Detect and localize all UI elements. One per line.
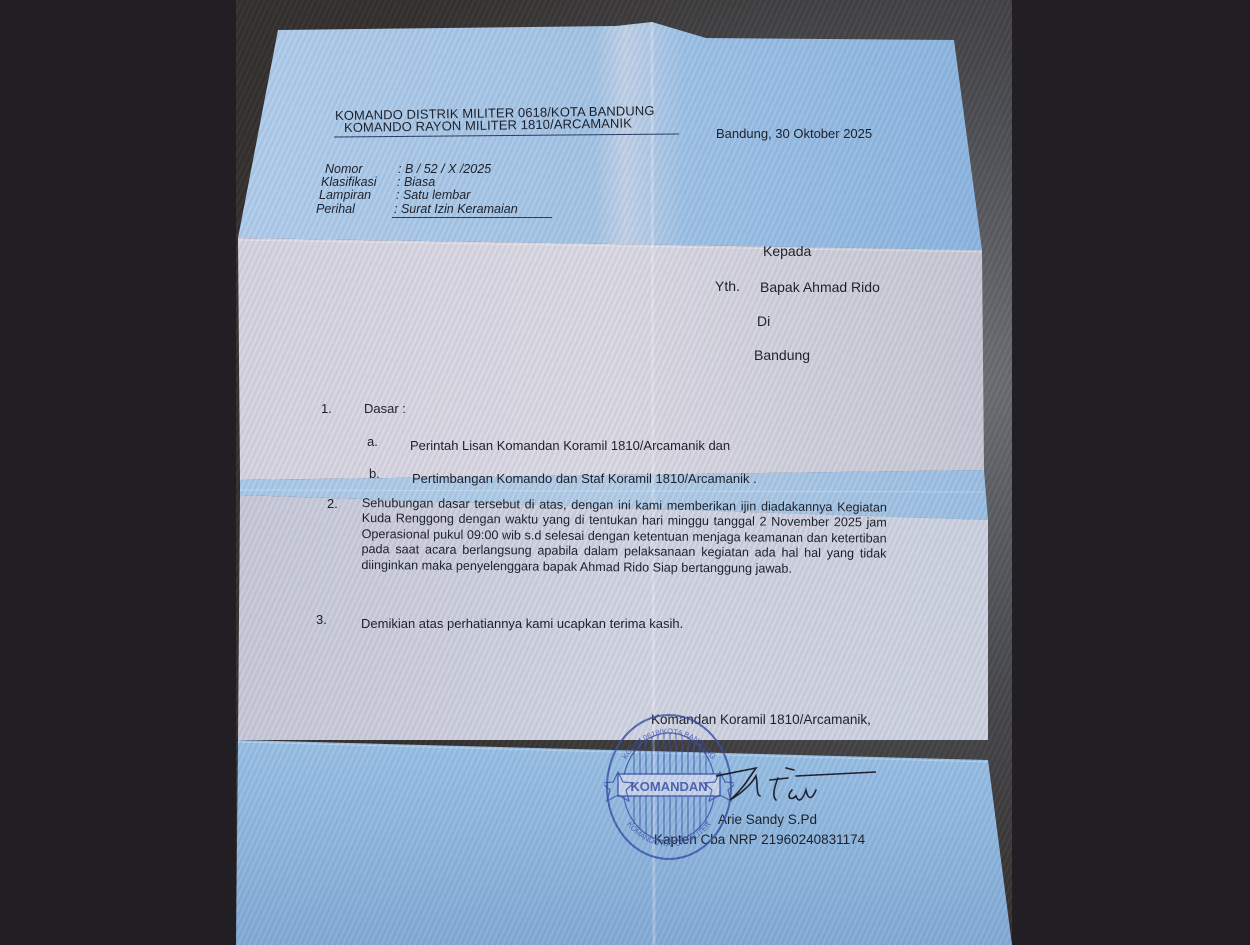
letter-paper: KOMANDO DISTRIK MILITER 0618/KOTA BANDUN… — [236, 0, 1012, 945]
para-1-item-a-text: Perintah Lisan Komandan Koramil 1810/Arc… — [410, 438, 730, 453]
recipient-city: Bandung — [754, 347, 810, 363]
recipient-di: Di — [757, 313, 770, 329]
para-1-item-a-marker: a. — [367, 434, 378, 449]
para-1-title: Dasar : — [364, 401, 406, 416]
meta-value-nomor: : B / 52 / X /2025 — [398, 162, 491, 176]
recipient-kepada: Kepada — [763, 243, 811, 259]
perihal-underline — [392, 217, 552, 218]
recipient-name: Bapak Ahmad Rido — [760, 279, 880, 295]
meta-label-nomor: Nomor — [325, 162, 363, 176]
handwritten-signature-icon — [716, 750, 876, 810]
svg-text:KOMANDAN: KOMANDAN — [630, 779, 707, 794]
svg-text:KODIM 0618/KOTA BANDUNG: KODIM 0618/KOTA BANDUNG — [620, 727, 718, 761]
para-1-number: 1. — [321, 401, 332, 416]
meta-label-klasifikasi: Klasifikasi — [321, 175, 377, 189]
para-2-text: Sehubungan dasar tersebut di atas, denga… — [361, 496, 887, 578]
para-1-item-b-text: Pertimbangan Komando dan Staf Koramil 18… — [412, 471, 757, 486]
recipient-yth: Yth. — [715, 278, 740, 294]
meta-label-perihal: Perihal — [316, 202, 355, 216]
meta-label-lampiran: Lampiran — [319, 188, 371, 202]
para-3-number: 3. — [316, 612, 327, 627]
document-photo: KOMANDO DISTRIK MILITER 0618/KOTA BANDUN… — [236, 0, 1012, 945]
para-1-item-b-marker: b. — [369, 466, 380, 481]
meta-value-lampiran: : Satu lembar — [396, 188, 470, 202]
meta-value-klasifikasi: : Biasa — [397, 175, 435, 189]
para-2-number: 2. — [327, 496, 338, 511]
meta-value-perihal: : Surat Izin Keramaian — [394, 202, 518, 216]
official-stamp-icon: KOMANDAN KODIM 0618/KOTA BANDUNG KOMANDO… — [604, 712, 734, 862]
place-date: Bandung, 30 Oktober 2025 — [716, 126, 872, 141]
para-3-text: Demikian atas perhatiannya kami ucapkan … — [361, 616, 683, 631]
